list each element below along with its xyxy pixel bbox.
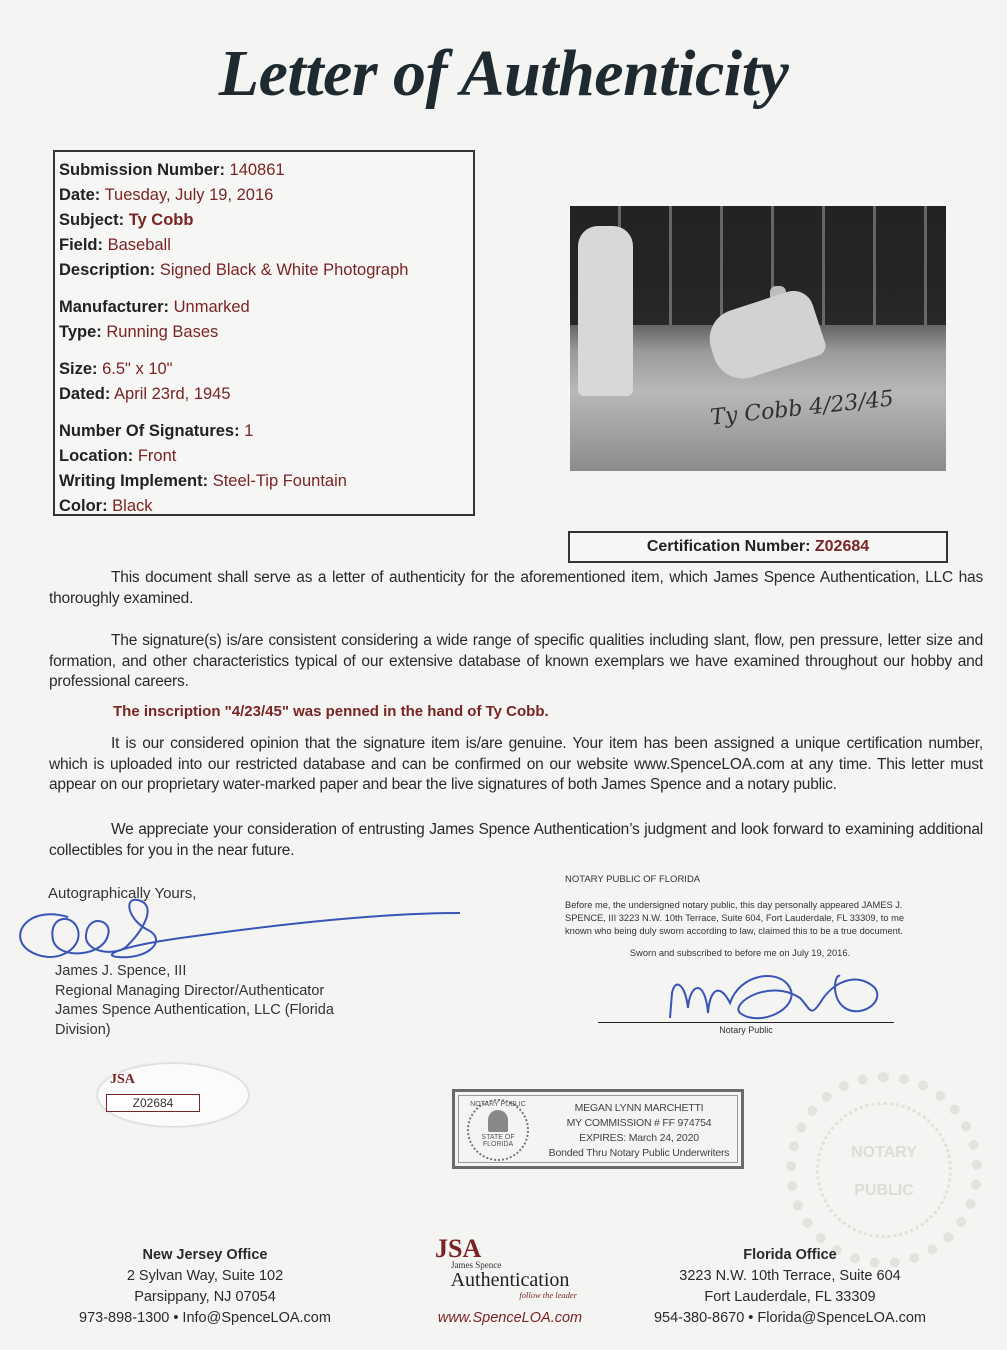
notary-expires: EXPIRES: March 24, 2020 <box>539 1131 739 1146</box>
detail-location: Location: Front <box>59 444 473 469</box>
notary-signature-line <box>598 1022 894 1023</box>
florida-state-seal-icon: NOTARY PUBLIC STATE OF FLORIDA <box>467 1099 529 1161</box>
signer-company-division: Division) <box>55 1021 334 1041</box>
detail-date: Date: Tuesday, July 19, 2016 <box>59 183 473 208</box>
detail-type: Type: Running Bases <box>59 320 473 345</box>
fl-phone: 954-380-8670 <box>654 1310 744 1326</box>
detail-field: Field: Baseball <box>59 233 473 258</box>
page-title: Letter of Authenticity <box>0 36 1007 112</box>
detail-description: Description: Signed Black & White Photog… <box>59 258 473 283</box>
nj-email-link[interactable]: Info@SpenceLOA.com <box>182 1310 331 1326</box>
detail-number-of-signatures: Number Of Signatures: 1 <box>59 419 473 444</box>
notary-name: MEGAN LYNN MARCHETTI <box>539 1101 739 1116</box>
signer-role: Regional Managing Director/Authenticator <box>55 982 334 1002</box>
signer-block: James J. Spence, III Regional Managing D… <box>55 962 334 1040</box>
certification-label: Certification Number: <box>647 538 811 555</box>
body-paragraph-4: We appreciate your consideration of entr… <box>49 820 983 861</box>
body-paragraph-2: The signature(s) is/are consistent consi… <box>49 631 983 693</box>
website-link[interactable]: www.SpenceLOA.com <box>425 1310 595 1326</box>
new-jersey-office: New Jersey Office 2 Sylvan Way, Suite 10… <box>65 1245 345 1329</box>
detail-dated: Dated: April 23rd, 1945 <box>59 382 473 407</box>
notary-sworn-date: Sworn and subscribed to before me on Jul… <box>565 948 915 958</box>
detail-writing-implement: Writing Implement: Steel-Tip Fountain <box>59 469 473 494</box>
detail-subject: Subject: Ty Cobb <box>59 208 473 233</box>
item-details-box: Submission Number: 140861 Date: Tuesday,… <box>53 150 475 516</box>
certification-number: Z02684 <box>815 538 869 555</box>
detail-color: Color: Black <box>59 494 473 519</box>
notary-commission: MY COMMISSION # FF 974754 <box>539 1116 739 1131</box>
detail-manufacturer: Manufacturer: Unmarked <box>59 295 473 320</box>
notary-signature-label: Notary Public <box>598 1025 894 1035</box>
certification-number-box: Certification Number: Z02684 <box>568 531 948 563</box>
capitol-dome-icon <box>488 1110 508 1132</box>
notary-statement: Before me, the undersigned notary public… <box>565 899 910 938</box>
fl-email-link[interactable]: Florida@SpenceLOA.com <box>757 1310 926 1326</box>
jsa-hologram-sticker: JSA Z02684 <box>97 1063 249 1127</box>
detail-submission-number: Submission Number: 140861 <box>59 158 473 183</box>
notary-stamp: NOTARY PUBLIC STATE OF FLORIDA MEGAN LYN… <box>452 1089 744 1169</box>
embossed-notary-seal: NOTARY PUBLIC <box>786 1072 982 1268</box>
item-photograph: Ty Cobb 4/23/45 <box>570 206 946 471</box>
body-paragraph-3: It is our considered opinion that the si… <box>49 734 983 796</box>
notary-bonded: Bonded Thru Notary Public Underwriters <box>539 1146 739 1161</box>
authenticator-signature <box>8 895 463 965</box>
florida-office: Florida Office 3223 N.W. 10th Terrace, S… <box>650 1245 930 1329</box>
jsa-sticker-number: Z02684 <box>106 1094 200 1112</box>
photo-autograph: Ty Cobb 4/23/45 <box>709 386 895 430</box>
signer-name: James J. Spence, III <box>55 962 334 982</box>
signer-company: James Spence Authentication, LLC (Florid… <box>55 1001 334 1021</box>
jsa-logo: JSA James Spence Authentication follow t… <box>425 1238 595 1326</box>
notary-stamp-text: MEGAN LYNN MARCHETTI MY COMMISSION # FF … <box>539 1101 739 1161</box>
notary-heading: NOTARY PUBLIC OF FLORIDA <box>565 874 700 885</box>
photo-baserunner <box>578 226 633 396</box>
body-paragraph-1: This document shall serve as a letter of… <box>49 568 983 609</box>
inscription-note: The inscription "4/23/45" was penned in … <box>113 703 549 720</box>
nj-phone: 973-898-1300 <box>79 1310 169 1326</box>
detail-size: Size: 6.5" x 10" <box>59 357 473 382</box>
jsa-sticker-logo: JSA <box>110 1072 135 1088</box>
